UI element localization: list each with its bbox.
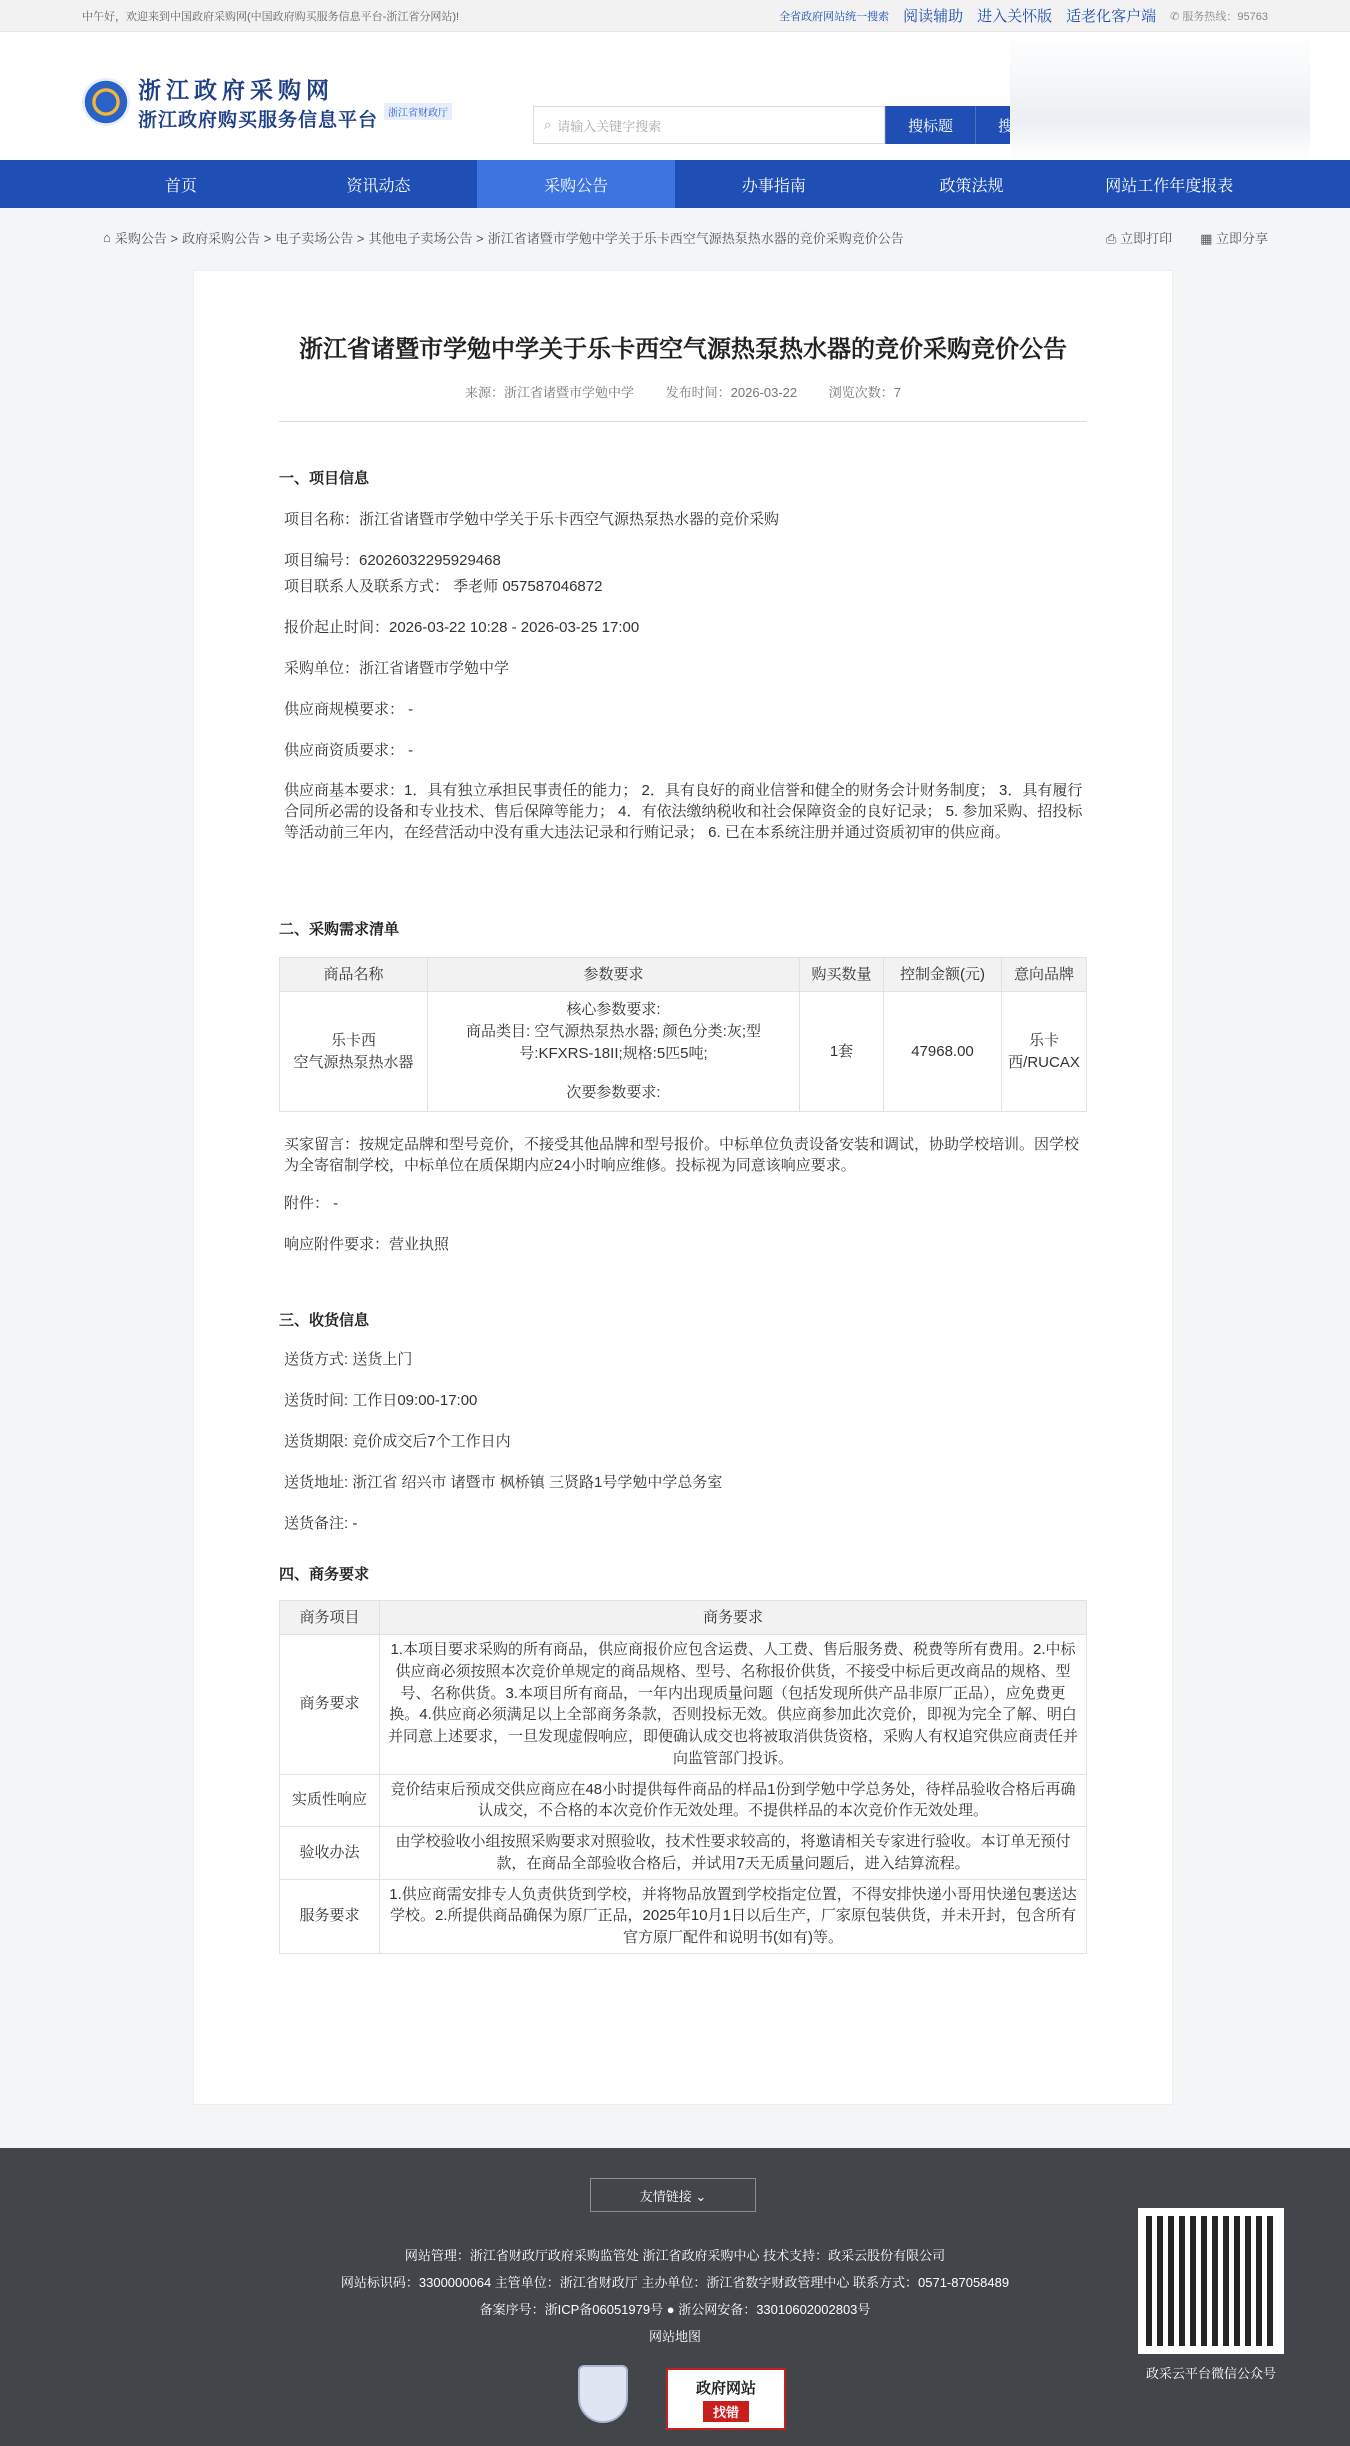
buyer-note: 买家留言：按规定品牌和型号竞价，不接受其他品牌和型号报价。中标单位负责设备安装和…	[279, 1134, 1087, 1176]
cell-quantity: 1套	[800, 992, 884, 1112]
phone-icon: ✆	[1170, 11, 1182, 23]
table-row: 乐卡西 空气源热泵热水器 核心参数要求: 商品类目: 空气源热泵热水器; 颜色分…	[280, 992, 1087, 1112]
business-table: 商务项目 商务要求 商务要求1.本项目要求采购的所有商品，供应商报价应包含运费、…	[279, 1600, 1087, 1954]
crumb-2[interactable]: 政府采购公告 >	[182, 228, 271, 247]
col-business-req: 商务要求	[380, 1601, 1087, 1635]
col-params: 参数要求	[428, 958, 800, 992]
article-source: 来源：浙江省诸暨市学勉中学	[465, 385, 634, 400]
header: 浙江政府采购网 浙江政府购买服务信息平台 浙江省财政厅 ⌕请输入关键字搜索 搜标…	[0, 32, 1350, 160]
dept-badge: 浙江省财政厅	[384, 103, 452, 120]
delivery-method: 送货方式: 送货上门	[279, 1348, 1087, 1369]
article-date: 发布时间：2026-03-22	[666, 385, 798, 400]
home-icon[interactable]: ⌂	[103, 230, 111, 245]
response-attachment: 响应附件要求：营业执照	[279, 1233, 1087, 1254]
cell-params: 核心参数要求: 商品类目: 空气源热泵热水器; 颜色分类:灰;型号:KFXRS-…	[428, 992, 800, 1112]
supplier-qualification: 供应商资质要求： -	[279, 739, 1087, 760]
search-bar: ⌕请输入关键字搜索 搜标题 搜全文	[533, 106, 1065, 144]
article-card: 浙江省诸暨市学勉中学关于乐卡西空气源热泵热水器的竞价采购竞价公告 来源：浙江省诸…	[193, 270, 1173, 2105]
col-amount: 控制金额(元)	[884, 958, 1002, 992]
friend-links-dropdown[interactable]: 友情链接 ⌄	[590, 2178, 756, 2212]
delivery-time: 送货时间: 工作日09:00-17:00	[279, 1389, 1087, 1410]
nav-news[interactable]: 资讯动态	[280, 160, 478, 208]
crumb-1[interactable]: 采购公告 >	[115, 228, 178, 247]
divider	[279, 421, 1087, 422]
nav-home[interactable]: 首页	[82, 160, 280, 208]
section-business: 四、商务要求	[279, 1563, 1087, 1584]
delivery-address: 送货地址: 浙江省 绍兴市 诸暨市 枫桥镇 三贤路1号学勉中学总务室	[279, 1471, 1087, 1492]
printer-icon: ⎙	[1106, 231, 1120, 246]
cell-brand: 乐卡西/RUCAX	[1002, 992, 1087, 1112]
search-input[interactable]: ⌕请输入关键字搜索	[533, 106, 885, 144]
article-views: 浏览次数：7	[829, 385, 901, 400]
top-bar: 中午好，欢迎来到中国政府采购网(中国政府购买服务信息平台-浙江省分网站)! 全省…	[0, 0, 1350, 32]
section-project-info: 一、项目信息	[279, 467, 1087, 488]
share-button[interactable]: ▦ 立即分享	[1200, 228, 1268, 247]
icp-link[interactable]: 备案序号：浙ICP备06051979号	[480, 2302, 664, 2317]
quote-time: 报价起止时间：2026-03-22 10:28 - 2026-03-25 17:…	[279, 616, 1087, 637]
gov-shield-icon[interactable]	[578, 2365, 628, 2423]
project-contact: 项目联系人及联系方式： 季老师 057587046872	[279, 575, 1087, 596]
supplier-scale: 供应商规模要求： -	[279, 698, 1087, 719]
nav-annual-report[interactable]: 网站工作年度报表	[1070, 160, 1268, 208]
crumb-current: 浙江省诸暨市学勉中学关于乐卡西空气源热泵热水器的竞价采购竞价公告	[488, 228, 904, 247]
hotline: ✆ 服务热线：95763	[1170, 8, 1268, 24]
section-demand-list: 二、采购需求清单	[279, 918, 1087, 939]
cell-product-name: 乐卡西 空气源热泵热水器	[280, 992, 428, 1112]
breadcrumb-bar: ⌂ 采购公告 > 政府采购公告 > 电子卖场公告 > 其他电子卖场公告 > 浙江…	[0, 208, 1350, 266]
purchaser: 采购单位：浙江省诸暨市学勉中学	[279, 657, 1087, 678]
wechat-qr-code	[1138, 2208, 1284, 2354]
site-title: 浙江政府采购网	[138, 72, 378, 105]
qr-icon: ▦	[1200, 231, 1216, 246]
article-meta: 来源：浙江省诸暨市学勉中学 发布时间：2026-03-22 浏览次数：7	[194, 382, 1172, 401]
qr-caption: 政采云平台微信公众号	[1120, 2363, 1302, 2382]
section-delivery: 三、收货信息	[279, 1309, 1087, 1330]
crumb-4[interactable]: 其他电子卖场公告 >	[369, 228, 484, 247]
main-nav: 首页 资讯动态 采购公告 办事指南 政策法规 网站工作年度报表	[0, 160, 1350, 208]
site-logo[interactable]: 浙江政府采购网 浙江政府购买服务信息平台 浙江省财政厅	[82, 72, 452, 132]
gov-site-error-report[interactable]: 政府网站 找错	[666, 2368, 786, 2430]
project-number: 项目编号：62026032295929468	[279, 549, 1087, 570]
crumb-3[interactable]: 电子卖场公告 >	[275, 228, 364, 247]
search-icon: ⌕	[544, 117, 551, 133]
print-button[interactable]: ⎙ 立即打印	[1106, 228, 1172, 247]
col-quantity: 购买数量	[800, 958, 884, 992]
article-content: 一、项目信息 项目名称：浙江省诸暨市学勉中学关于乐卡西空气源热泵热水器的竞价采购…	[194, 467, 1172, 1954]
breadcrumb: ⌂ 采购公告 > 政府采购公告 > 电子卖场公告 > 其他电子卖场公告 > 浙江…	[103, 228, 904, 247]
delivery-period: 送货期限: 竞价成交后7个工作日内	[279, 1430, 1087, 1451]
col-brand: 意向品牌	[1002, 958, 1087, 992]
table-row: 验收办法由学校验收小组按照采购要求对照验收，技术性要求较高的，将邀请相关专家进行…	[280, 1827, 1087, 1880]
welcome-text: 中午好，欢迎来到中国政府采购网(中国政府购买服务信息平台-浙江省分网站)!	[82, 8, 459, 24]
police-link[interactable]: 浙公网安备：33010602002803号	[678, 2302, 870, 2317]
elder-client-link[interactable]: 适老化客户端	[1066, 5, 1156, 26]
site-subtitle: 浙江政府购买服务信息平台	[138, 105, 378, 132]
nav-guide[interactable]: 办事指南	[675, 160, 873, 208]
reading-aid-link[interactable]: 阅读辅助	[903, 5, 963, 26]
article-title: 浙江省诸暨市学勉中学关于乐卡西空气源热泵热水器的竞价采购竞价公告	[194, 329, 1172, 364]
table-row: 实质性响应竞价结束后预成交供应商应在48小时提供每件商品的样品1份到学勉中学总务…	[280, 1774, 1087, 1827]
supplier-basic-req: 供应商基本要求：1．具有独立承担民事责任的能力； 2．具有良好的商业信誉和健全的…	[279, 780, 1087, 843]
care-version-link[interactable]: 进入关怀版	[977, 5, 1052, 26]
nav-announcements[interactable]: 采购公告	[477, 160, 675, 208]
col-business-item: 商务项目	[280, 1601, 380, 1635]
pagoda-decoration	[1010, 32, 1310, 160]
cell-amount: 47968.00	[884, 992, 1002, 1112]
project-name: 项目名称：浙江省诸暨市学勉中学关于乐卡西空气源热泵热水器的竞价采购	[279, 508, 1087, 529]
col-product-name: 商品名称	[280, 958, 428, 992]
attachment: 附件： -	[279, 1192, 1087, 1213]
unified-search-link[interactable]: 全省政府网站统一搜索	[779, 8, 889, 24]
delivery-remark: 送货备注: -	[279, 1512, 1087, 1533]
police-icon: ●	[667, 2302, 678, 2317]
emblem-icon	[82, 78, 130, 126]
demand-table: 商品名称 参数要求 购买数量 控制金额(元) 意向品牌 乐卡西 空气源热泵热水器…	[279, 957, 1087, 1112]
table-row: 商务要求1.本项目要求采购的所有商品，供应商报价应包含运费、人工费、售后服务费、…	[280, 1635, 1087, 1775]
table-row: 服务要求1.供应商需安排专人负责供货到学校，并将物品放置到学校指定位置，不得安排…	[280, 1879, 1087, 1953]
footer: 友情链接 ⌄ 网站管理：浙江省财政厅政府采购监管处 浙江省政府采购中心 技术支持…	[0, 2148, 1350, 2446]
nav-policy[interactable]: 政策法规	[873, 160, 1071, 208]
search-title-button[interactable]: 搜标题	[885, 106, 975, 144]
